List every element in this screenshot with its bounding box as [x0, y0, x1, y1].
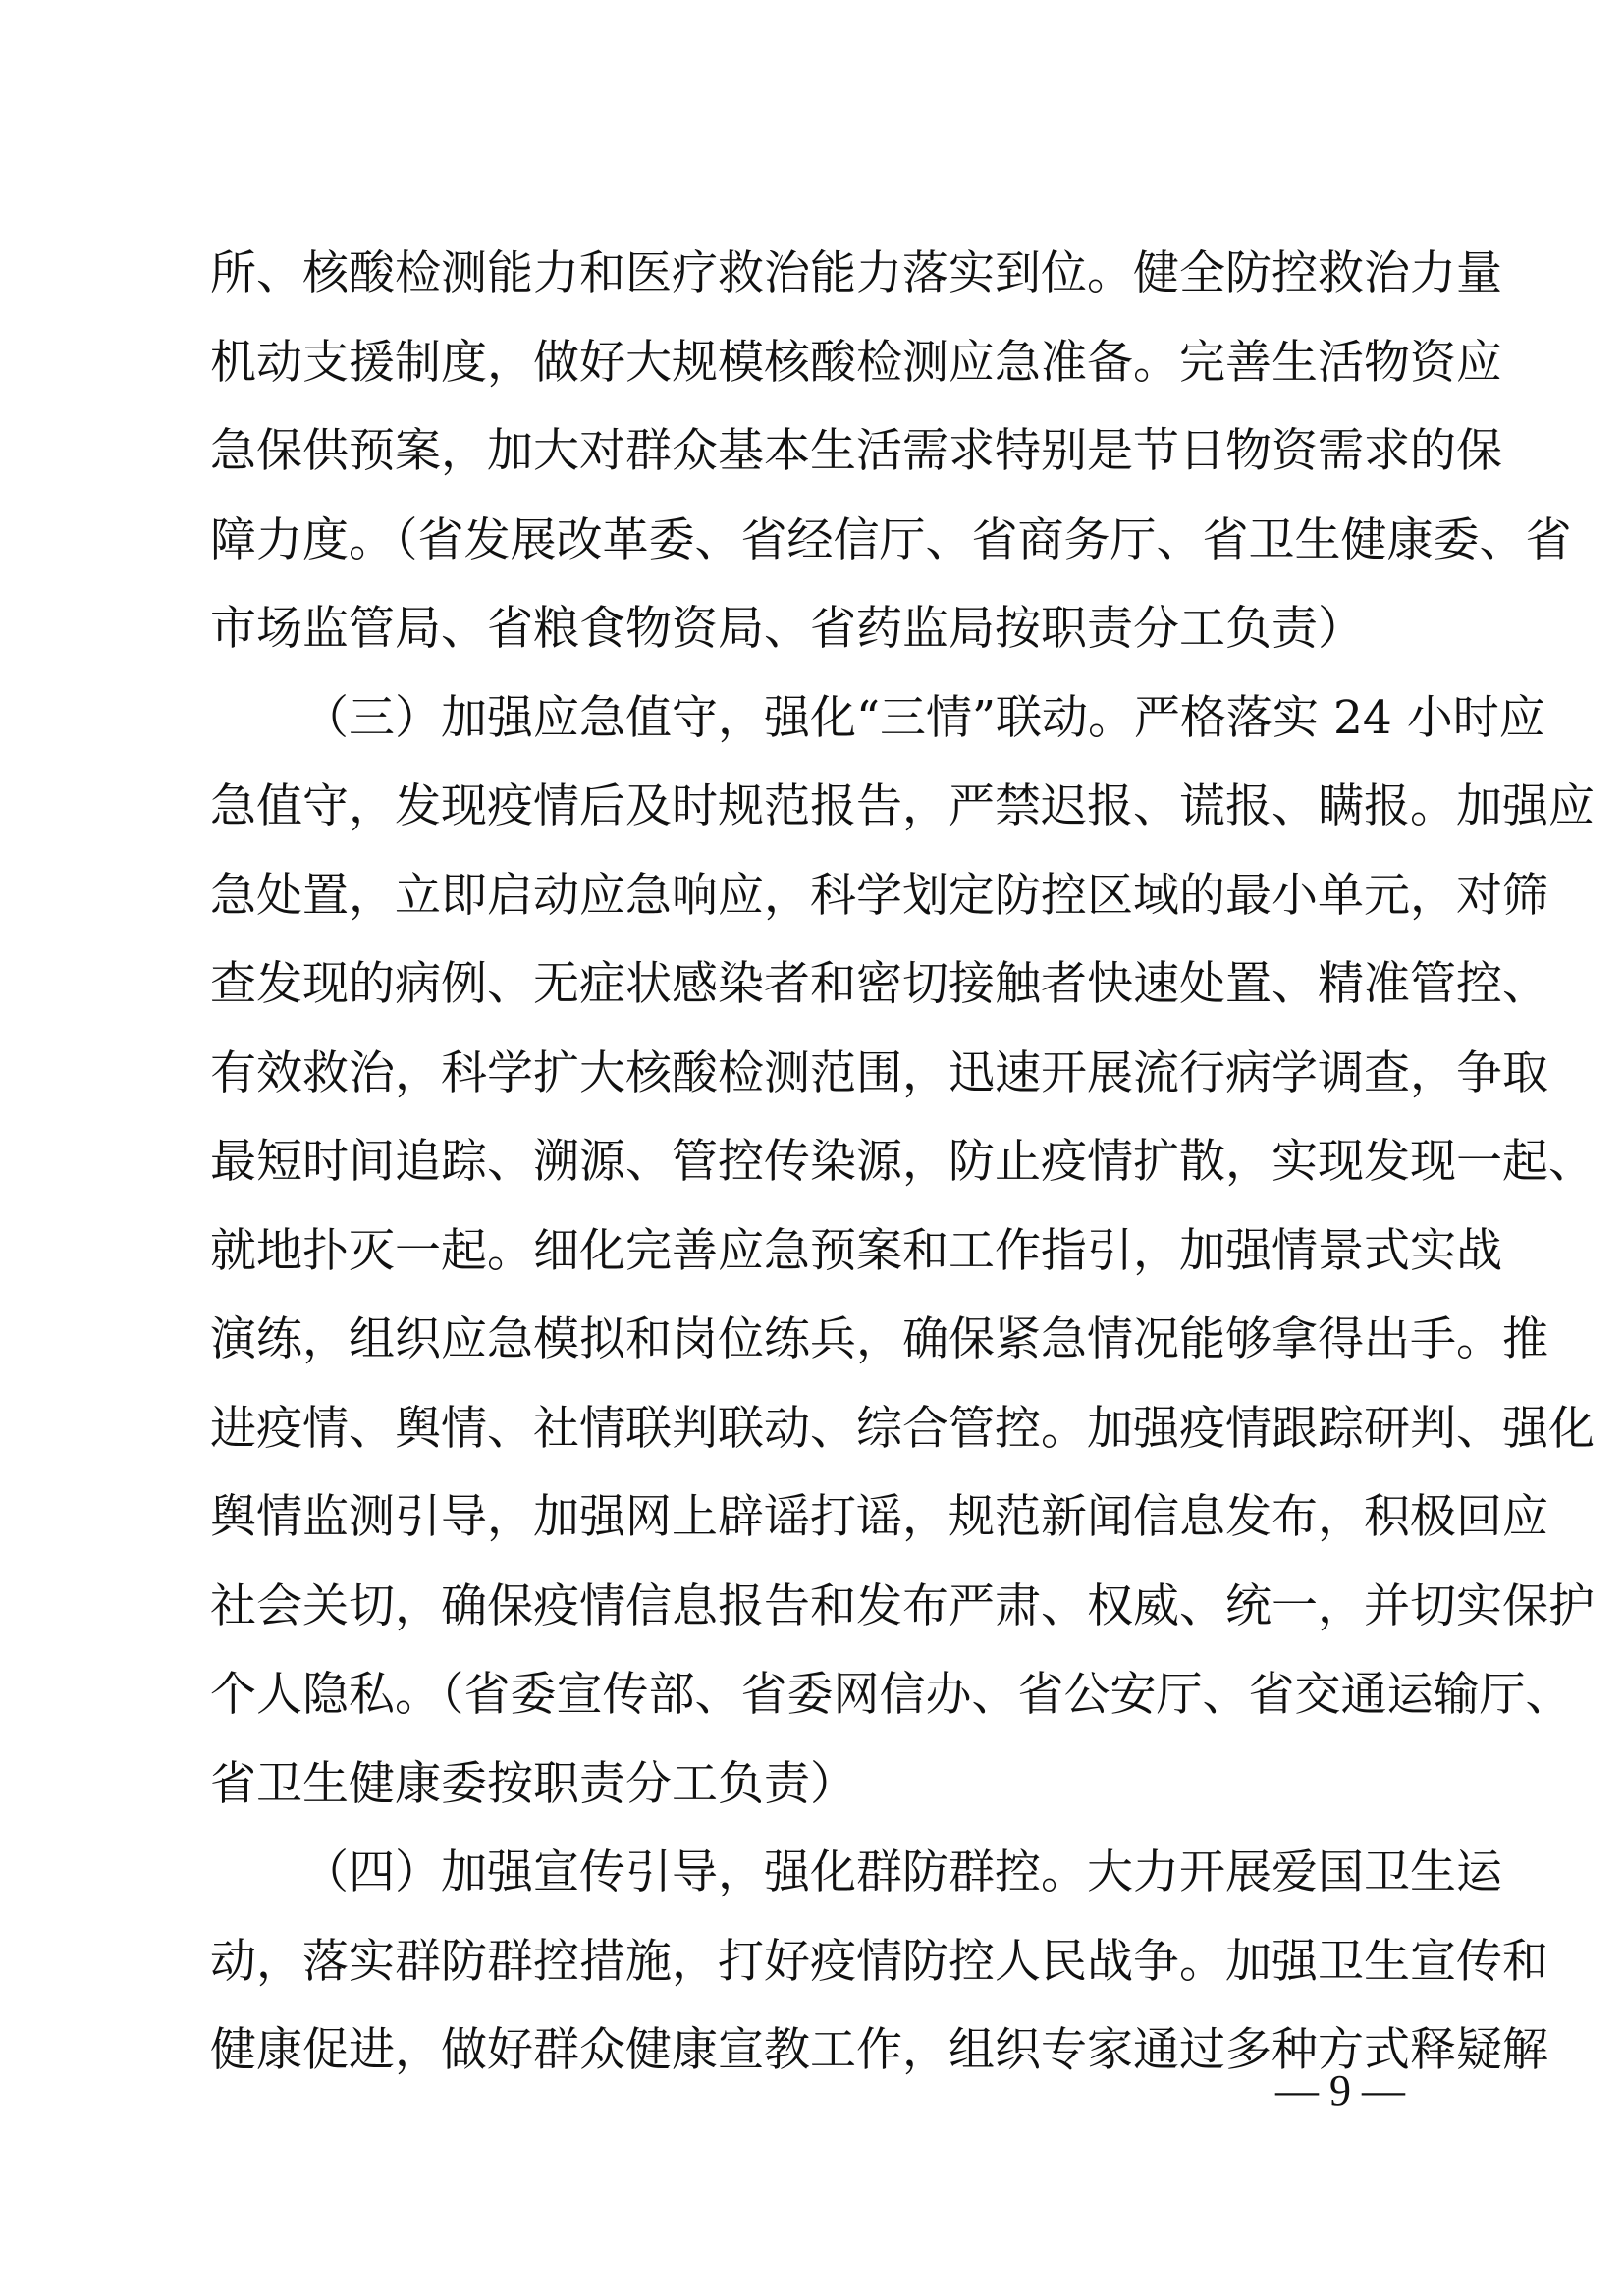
paragraph-line: 市场监管局、省粮食物资局、省药监局按职责分工负责） — [210, 597, 1418, 686]
paragraph-line: 演练，组织应急模拟和岗位练兵，确保紧急情况能够拿得出手。推 — [210, 1308, 1418, 1397]
section-heading-line: （四）加强宣传引导，强化群防群控。大力开展爱国卫生运 — [210, 1841, 1418, 1930]
section-heading-line: （三）加强应急值守，强化“三情”联动。严格落实 24 小时应 — [210, 686, 1418, 775]
paragraph-line: 动，落实群防群控措施，打好疫情防控人民战争。加强卫生宣传和 — [210, 1930, 1418, 2019]
paragraph-line: 就地扑灭一起。细化完善应急预案和工作指引，加强情景式实战 — [210, 1219, 1418, 1308]
paragraph-line: 社会关切，确保疫情信息报告和发布严肃、权威、统一，并切实保护 — [210, 1575, 1418, 1664]
paragraph-line: 急保供预案，加大对群众基本生活需求特别是节日物资需求的保 — [210, 419, 1418, 508]
body-text: 所、核酸检测能力和医疗救治能力落实到位。健全防控救治力量 机动支援制度，做好大规… — [210, 241, 1418, 2108]
paragraph-line: 最短时间追踪、溯源、管控传染源，防止疫情扩散，实现发现一起、 — [210, 1130, 1418, 1219]
paragraph-line: 查发现的病例、无症状感染者和密切接触者快速处置、精准管控、 — [210, 952, 1418, 1041]
page-number: — 9 — — [1267, 2061, 1414, 2120]
paragraph-line: 个人隐私。（省委宣传部、省委网信办、省公安厅、省交通运输厅、 — [210, 1663, 1418, 1752]
paragraph-line: 健康促进，做好群众健康宣教工作，组织专家通过多种方式释疑解 — [210, 2018, 1418, 2108]
paragraph-line: 所、核酸检测能力和医疗救治能力落实到位。健全防控救治力量 — [210, 241, 1418, 331]
paragraph-line: 有效救治，科学扩大核酸检测范围，迅速开展流行病学调查，争取 — [210, 1041, 1418, 1131]
paragraph-line: 急处置，立即启动应急响应，科学划定防控区域的最小单元，对筛 — [210, 864, 1418, 953]
paragraph-line: 障力度。（省发展改革委、省经信厅、省商务厅、省卫生健康委、省 — [210, 508, 1418, 598]
paragraph-line: 舆情监测引导，加强网上辟谣打谣，规范新闻信息发布，积极回应 — [210, 1485, 1418, 1575]
paragraph-line: 省卫生健康委按职责分工负责） — [210, 1752, 1418, 1842]
paragraph-line: 急值守，发现疫情后及时规范报告，严禁迟报、谎报、瞒报。加强应 — [210, 774, 1418, 864]
paragraph-line: 进疫情、舆情、社情联判联动、综合管控。加强疫情跟踪研判、强化 — [210, 1397, 1418, 1486]
paragraph-line: 机动支援制度，做好大规模核酸检测应急准备。完善生活物资应 — [210, 331, 1418, 420]
document-page: 所、核酸检测能力和医疗救治能力落实到位。健全防控救治力量 机动支援制度，做好大规… — [0, 0, 1624, 2296]
